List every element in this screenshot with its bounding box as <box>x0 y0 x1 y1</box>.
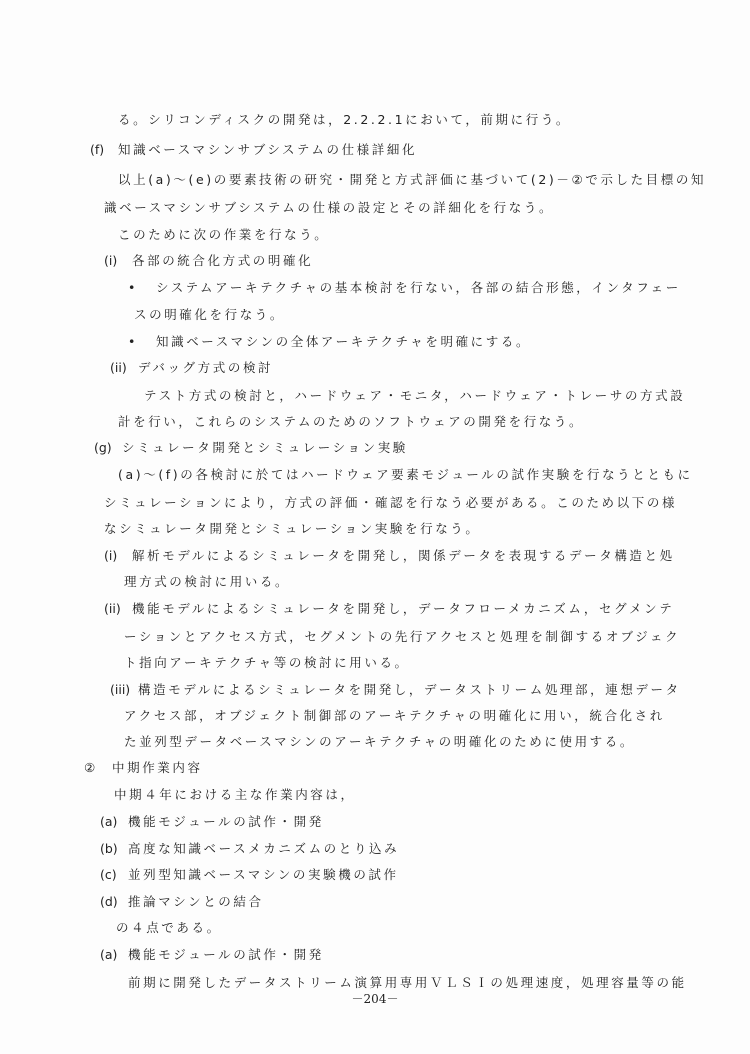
line-text: 高度な知識ベースメカニズムのとり込み <box>128 841 399 856</box>
line-text: テスト方式の検討と，ハードウェア・モニタ，ハードウェア・トレーサの方式設 <box>144 388 685 403</box>
list-marker: (i) <box>104 548 132 564</box>
list-item-b: (b)高度な知識ベースメカニズムのとり込み <box>100 841 399 857</box>
text-line: このために次の作業を行なう。 <box>118 227 329 243</box>
text-line: なシミュレータ開発とシミュレーション実験を行なう。 <box>104 521 481 537</box>
list-marker: (f) <box>90 142 118 158</box>
line-text: 知識ベースマシンの全体アーキテクチャを明確にする。 <box>156 334 531 349</box>
heading-text: 各部の統合化方式の明確化 <box>132 253 313 268</box>
heading-text: シミュレータ開発とシミュレーション実験 <box>122 440 408 455</box>
heading-text: 中期作業内容 <box>112 760 203 775</box>
list-marker: (a) <box>100 947 128 963</box>
line-text: る。シリコンディスクの開発は，2.2.2.1において，前期に行う。 <box>118 112 571 127</box>
section-heading-2: ②中期作業内容 <box>84 760 203 776</box>
line-text: た並列型データベースマシンのアーキテクチャの明確化のために使用する。 <box>124 734 635 749</box>
text-line: テスト方式の検討と，ハードウェア・モニタ，ハードウェア・トレーサの方式設 <box>144 388 685 404</box>
list-marker: (ii) <box>104 601 132 617</box>
line-text: 機能モジュールの試作・開発 <box>128 814 324 829</box>
line-text: 並列型知識ベースマシンの実験機の試作 <box>128 867 399 882</box>
subsection-heading-a: (a)機能モジュールの試作・開発 <box>100 947 324 963</box>
text-line: た並列型データベースマシンのアーキテクチャの明確化のために使用する。 <box>124 734 635 750</box>
heading-text: 知識ベースマシンサブシステムの仕様詳細化 <box>118 142 417 157</box>
circled-number-icon: ② <box>84 760 112 776</box>
text-line: スの明確化を行なう。 <box>134 307 285 323</box>
list-item-iii: (iii)構造モデルによるシミュレータを開発し，データストリーム処理部，連想デー… <box>110 682 681 698</box>
line-text: ト指向アーキテクチャ等の検討に用いる。 <box>124 655 410 670</box>
heading-text: デバッグ方式の検討 <box>138 360 273 375</box>
list-marker: (g) <box>94 440 122 456</box>
line-text: アクセス部，オブジェクト制御部のアーキテクチャの明確化に用い，統合化され <box>124 708 665 723</box>
line-text: 構造モデルによるシミュレータを開発し，データストリーム処理部，連想データ <box>138 682 681 697</box>
subsection-heading-ii: (ii)デバッグ方式の検討 <box>110 360 273 376</box>
line-text: の４点である。 <box>116 920 222 935</box>
list-item-ii: (ii)機能モデルによるシミュレータを開発し，データフローメカニズム，セグメンテ <box>104 601 674 617</box>
bullet-icon: • <box>128 280 156 296</box>
text-line: アクセス部，オブジェクト制御部のアーキテクチャの明確化に用い，統合化され <box>124 708 665 724</box>
text-line: 計を行い，これらのシステムのためのソフトウェアの開発を行なう。 <box>118 414 584 430</box>
line-text: 解析モデルによるシミュレータを開発し，関係データを表現するデータ構造と処 <box>132 548 675 563</box>
list-marker: (c) <box>100 867 128 883</box>
list-item-a: (a)機能モジュールの試作・開発 <box>100 814 324 830</box>
line-text: シミュレーションにより，方式の評価・確認を行なう必要がある。このため以下の様 <box>104 495 677 510</box>
line-text: ーションとアクセス方式，セグメントの先行アクセスと処理を制御するオブジェク <box>124 629 680 644</box>
line-text: (a)～(f)の各検討に於てはハードウェア要素モジュールの試作実験を行なうととも… <box>118 467 693 482</box>
line-text: 理方式の検討に用いる。 <box>124 574 290 589</box>
text-line: シミュレーションにより，方式の評価・確認を行なう必要がある。このため以下の様 <box>104 495 677 511</box>
list-marker: (b) <box>100 841 128 857</box>
bullet-item: •システムアーキテクチャの基本検討を行ない，各部の結合形態，インタフェー <box>128 280 681 296</box>
line-text: 推論マシンとの結合 <box>128 894 264 909</box>
section-heading-f: (f)知識ベースマシンサブシステムの仕様詳細化 <box>90 142 417 158</box>
list-marker: (d) <box>100 894 128 910</box>
text-line: の４点である。 <box>116 920 222 936</box>
list-item-d: (d)推論マシンとの結合 <box>100 894 264 910</box>
line-text: スの明確化を行なう。 <box>134 307 285 322</box>
text-line: 中期４年における主な作業内容は， <box>114 787 356 803</box>
line-text: このために次の作業を行なう。 <box>118 227 329 242</box>
text-line: る。シリコンディスクの開発は，2.2.2.1において，前期に行う。 <box>118 112 571 128</box>
list-item-i: (i)解析モデルによるシミュレータを開発し，関係データを表現するデータ構造と処 <box>104 548 675 564</box>
line-text: システムアーキテクチャの基本検討を行ない，各部の結合形態，インタフェー <box>156 280 681 295</box>
subsection-heading-i: (i)各部の統合化方式の明確化 <box>104 253 313 269</box>
heading-text: 機能モジュールの試作・開発 <box>128 947 324 962</box>
page-number: －204－ <box>0 990 750 1007</box>
line-text: 以上(a)～(e)の要素技術の研究・開発と方式評価に基づいて(2)－②で示した目… <box>118 172 706 187</box>
text-line: (a)～(f)の各検討に於てはハードウェア要素モジュールの試作実験を行なうととも… <box>118 467 693 483</box>
list-marker: (iii) <box>110 682 138 698</box>
text-line: 前期に開発したデータストリーム演算用専用ＶＬＳＩの処理速度，処理容量等の能 <box>128 975 687 991</box>
text-line: ト指向アーキテクチャ等の検討に用いる。 <box>124 655 410 671</box>
line-text: 計を行い，これらのシステムのためのソフトウェアの開発を行なう。 <box>118 414 584 429</box>
text-line: ーションとアクセス方式，セグメントの先行アクセスと処理を制御するオブジェク <box>124 629 680 645</box>
document-page: る。シリコンディスクの開発は，2.2.2.1において，前期に行う。 (f)知識ベ… <box>0 0 750 1054</box>
text-line: 識ベースマシンサブシステムの仕様の設定とその詳細化を行なう。 <box>104 200 554 216</box>
section-heading-g: (g)シミュレータ開発とシミュレーション実験 <box>94 440 408 456</box>
bullet-item: •知識ベースマシンの全体アーキテクチャを明確にする。 <box>128 334 531 350</box>
line-text: なシミュレータ開発とシミュレーション実験を行なう。 <box>104 521 481 536</box>
list-item-c: (c)並列型知識ベースマシンの実験機の試作 <box>100 867 399 883</box>
line-text: 前期に開発したデータストリーム演算用専用ＶＬＳＩの処理速度，処理容量等の能 <box>128 975 687 990</box>
list-marker: (a) <box>100 814 128 830</box>
line-text: 中期４年における主な作業内容は， <box>114 787 356 802</box>
text-line: 理方式の検討に用いる。 <box>124 574 290 590</box>
line-text: 機能モデルによるシミュレータを開発し，データフローメカニズム，セグメンテ <box>132 601 674 616</box>
bullet-icon: • <box>128 334 156 350</box>
line-text: 識ベースマシンサブシステムの仕様の設定とその詳細化を行なう。 <box>104 200 554 215</box>
text-line: 以上(a)～(e)の要素技術の研究・開発と方式評価に基づいて(2)－②で示した目… <box>118 172 706 188</box>
list-marker: (ii) <box>110 360 138 376</box>
list-marker: (i) <box>104 253 132 269</box>
